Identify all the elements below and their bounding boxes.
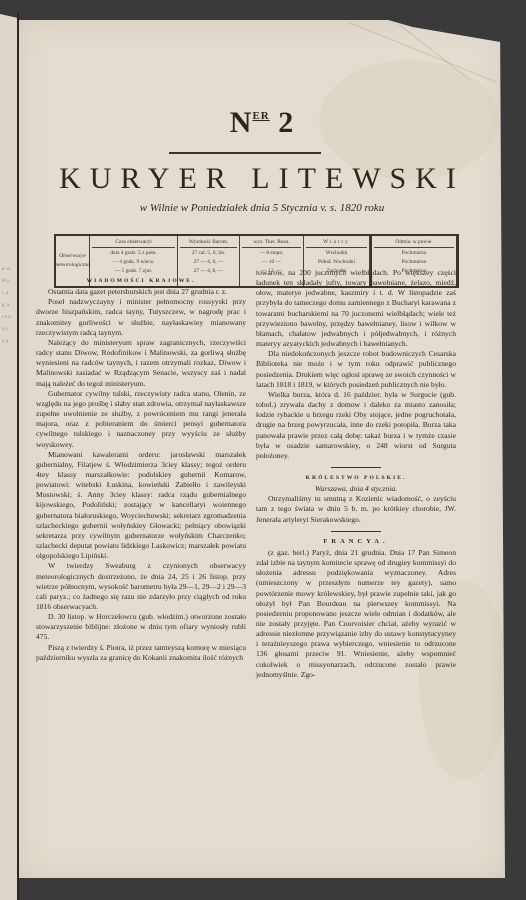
meteo-cell: Wschodni	[306, 249, 367, 258]
section-heading: FRANCYA.	[256, 537, 456, 547]
section-heading: WIADOMOŚCI KRAJOWE.	[36, 276, 246, 286]
article-paragraph: Należący do ministeryum spraw zagraniczn…	[36, 338, 246, 389]
issue-prefix: N	[230, 106, 253, 139]
meteo-cell: Pochmurno	[374, 249, 454, 258]
masthead-title: KURYER LITEWSKI	[19, 162, 505, 196]
section-divider	[331, 467, 381, 468]
meteo-header: Wiatry	[306, 238, 367, 248]
meteo-cell: dnia 4 godz. 5 z połu.	[92, 249, 175, 258]
section-heading: KRÓLESTWO POLSKIE.	[256, 473, 456, 483]
meteo-cell: 27 — 4, 0, —	[180, 258, 237, 267]
meteo-header: Wysokość Barom.	[180, 238, 237, 248]
article-paragraph: (z gaz. berl.) Paryż, dnia 21 grudnia. D…	[256, 548, 456, 680]
article-paragraph: towarow, na 200 juczonych wielbłądach. P…	[256, 268, 456, 349]
meteo-cell: Półud. Wschodni	[306, 258, 367, 267]
article-paragraph: D. 30 listop. w Horczełowcu (gub. włodzi…	[36, 612, 246, 642]
article-paragraph: Wielka burza, która d. 16 paździer. była…	[256, 390, 456, 461]
article-paragraph: Dla niedokończonych jeszcze robot budown…	[256, 349, 456, 390]
issue-suffix: ER	[252, 110, 269, 122]
article-paragraph: Piszą z twierdzy ś. Piotra, iż przez tam…	[36, 643, 246, 663]
section-divider	[331, 531, 381, 532]
meteo-cell: — 5 godz. 7 zjut.	[92, 267, 175, 276]
article-paragraph: W twierdzy Sweaburg z czynionych obserwa…	[36, 561, 246, 612]
article-paragraph: Mianowani kawalerami orderu: jarosławski…	[36, 450, 246, 562]
issue-number-value: 2	[278, 106, 294, 139]
meteo-header: Odmia. w powie.	[374, 238, 454, 248]
right-column: towarow, na 200 juczonych wielbłądach. P…	[256, 268, 456, 680]
meteo-cell: — 10 —	[242, 258, 301, 267]
meteo-cell: — 8 stopn.	[242, 249, 301, 258]
left-column: WIADOMOŚCI KRAJOWE. Ostatnia data gazet …	[36, 276, 246, 663]
article-paragraph: Poseł nadzwyczayny i minister pełnomocny…	[36, 297, 246, 338]
article-paragraph: Ostatnia data gazet petersburskich jest …	[36, 287, 246, 297]
dateline: w Wilnie w Poniedziałek dnia 5 Stycznia …	[19, 202, 505, 214]
section-subheading: Warszawa, dnia 4 stycznia.	[256, 484, 456, 494]
issue-number: NER 2	[19, 106, 505, 140]
meteo-cell: 27 — 4, 8, —	[180, 267, 237, 276]
meteo-cell: Pochmurno	[374, 258, 454, 267]
meteo-header: Czas obserwacyi	[92, 238, 175, 248]
article-paragraph: Gubernator cywilny tulski, rzeczywisty r…	[36, 389, 246, 450]
meteo-header: wys. Ther. Reau.	[242, 238, 301, 248]
book-gutter	[17, 12, 19, 900]
article-paragraph: Otrzymaliśmy tu smutną z Kozienic wiadom…	[256, 494, 456, 524]
previous-page-edge: a- d. H y. i. a g. a r e n q i. y a.	[0, 14, 18, 900]
meteo-cell: 27 cal. 5, 6, lin.	[180, 249, 237, 258]
masthead-rule	[169, 152, 321, 154]
previous-page-text-fragments: a- d. H y. i. a g. a r e n q i. y a.	[2, 264, 12, 348]
meteo-cell: — 4 godz. 9 wiecz.	[92, 258, 175, 267]
